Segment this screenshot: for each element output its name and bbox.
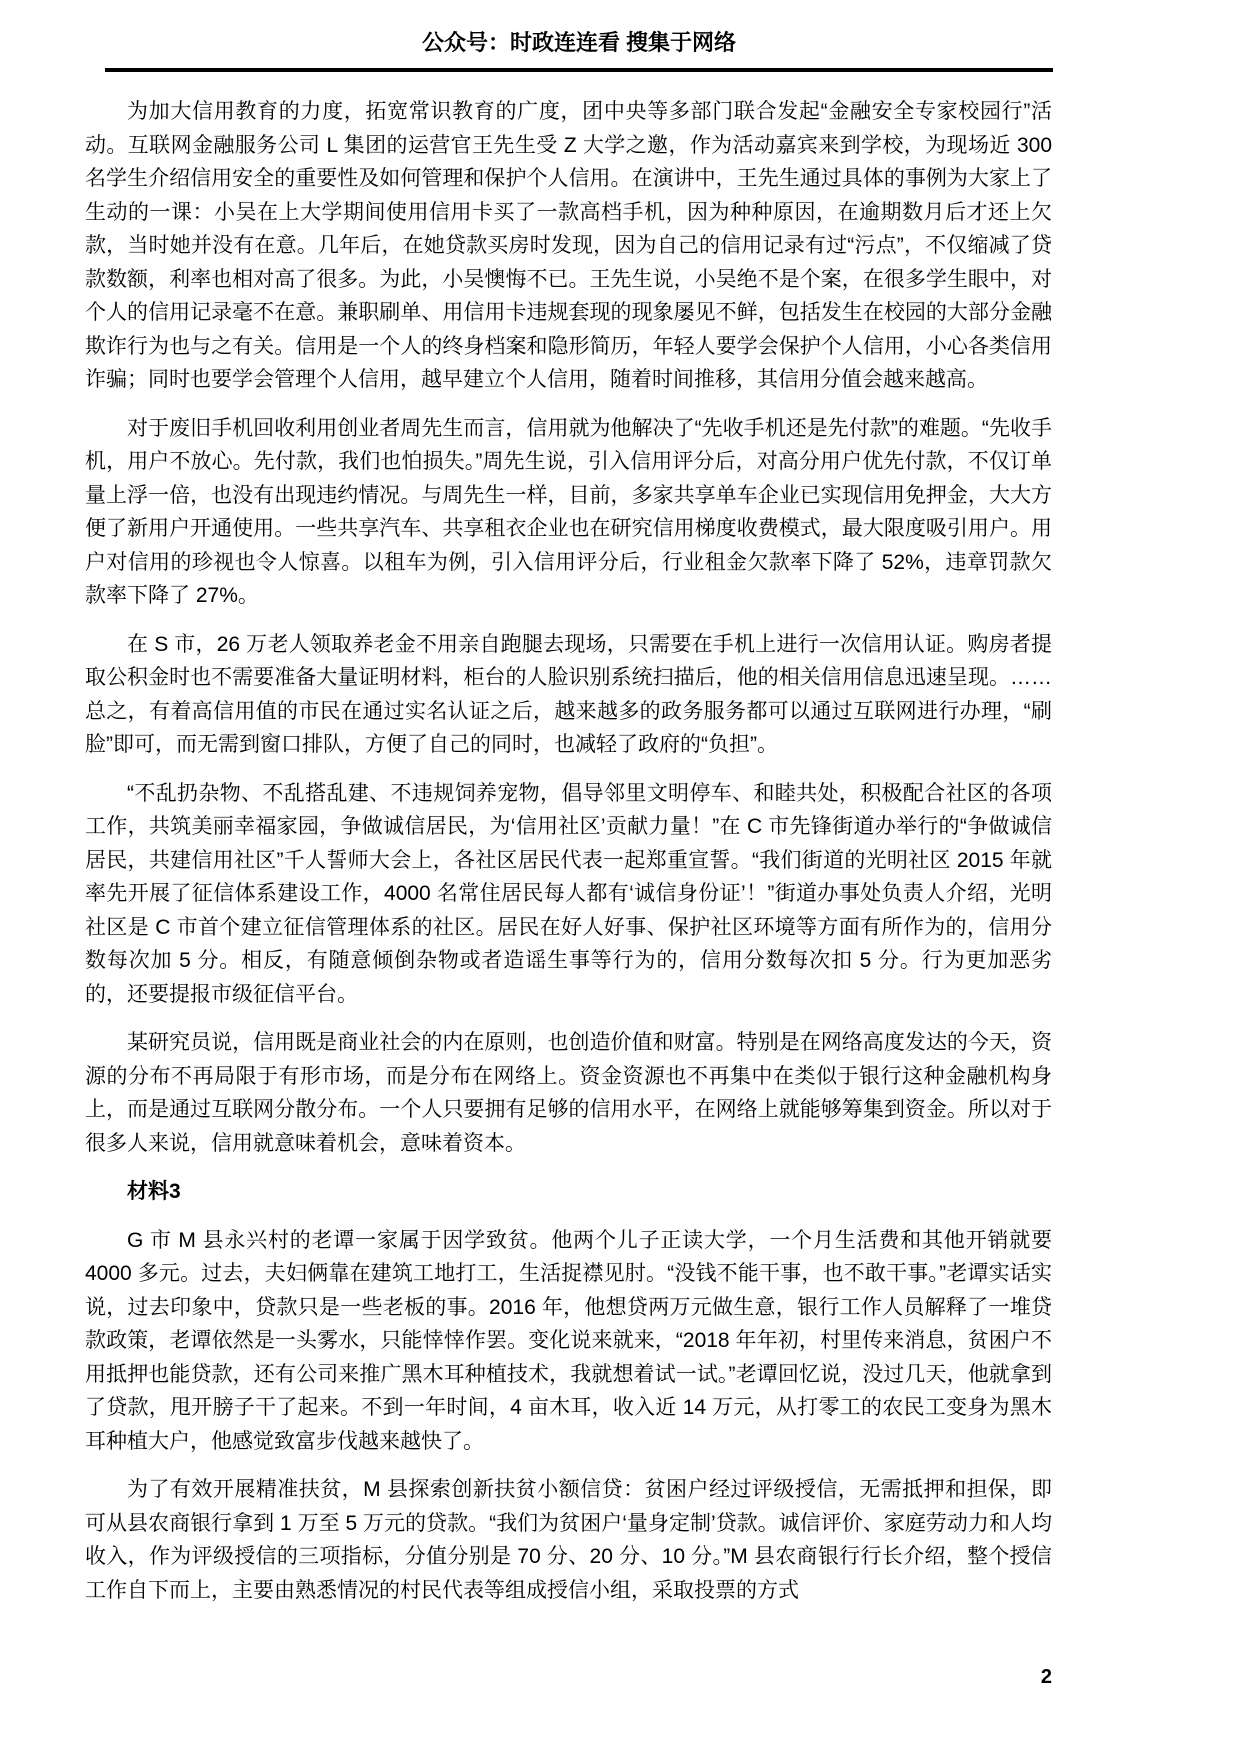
paragraph-s-city-services: 在 S 市，26 万老人领取养老金不用亲自跑腿去现场，只需要在手机上进行一次信用… (85, 628, 1052, 762)
page-number: 2 (85, 1666, 1052, 1689)
paragraph-laotan-story: G 市 M 县永兴村的老谭一家属于因学致贫。他两个儿子正读大学，一个月生活费和其… (85, 1224, 1052, 1459)
document-body: 为加大信用教育的力度，拓宽常识教育的广度，团中央等多部门联合发起“金融安全专家校… (85, 95, 1052, 1622)
paragraph-micro-credit: 为了有效开展精准扶贫，M 县探索创新扶贫小额信贷：贫困户经过评级授信，无需抵押和… (85, 1473, 1052, 1607)
paragraph-credit-education: 为加大信用教育的力度，拓宽常识教育的广度，团中央等多部门联合发起“金融安全专家校… (85, 95, 1052, 397)
paragraph-credit-community: “不乱扔杂物、不乱搭乱建、不违规饲养宠物，倡导邻里文明停车、和睦共处，积极配合社… (85, 777, 1052, 1012)
section-heading-material-3: 材料3 (85, 1175, 1052, 1209)
paragraph-researcher-view: 某研究员说，信用既是商业社会的内在原则，也创造价值和财富。特别是在网络高度发达的… (85, 1026, 1052, 1160)
page-header-title: 公众号：时政连连看 搜集于网络 (105, 30, 1053, 72)
document-page: 公众号：时政连连看 搜集于网络 为加大信用教育的力度，拓宽常识教育的广度，团中央… (0, 0, 1240, 1754)
paragraph-phone-recycle: 对于废旧手机回收利用创业者周先生而言，信用就为他解决了“先收手机还是先付款”的难… (85, 412, 1052, 613)
